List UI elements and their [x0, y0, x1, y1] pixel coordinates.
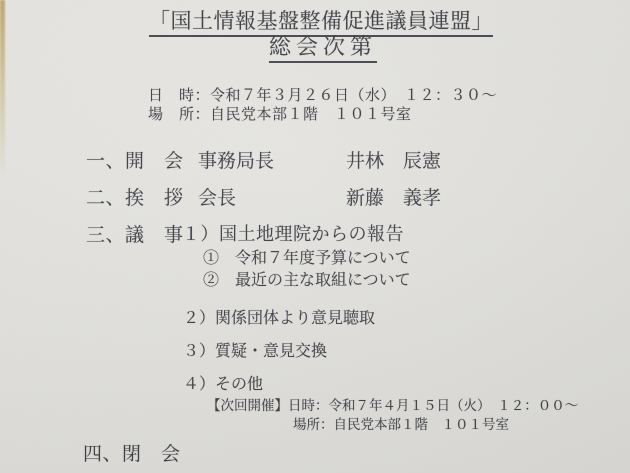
proceeding-item-3: ３）質疑・意見交換 [183, 343, 327, 359]
agenda-item-1-person: 井林 辰憲 [346, 152, 441, 171]
agenda-item-1-role: 事務局長 [198, 152, 274, 171]
proceeding-item-1-detail-1: ① 令和７年度予算について [203, 250, 411, 266]
agenda-item-2-role: 会長 [198, 189, 236, 208]
document-page: 「国土情報基盤整備促進議員連盟」 総会次第 日 時：令和７年３月２６日（水） １… [0, 0, 630, 473]
agenda-item-3-label: 三、議 事 [86, 226, 184, 245]
next-meeting-datetime: 【次回開催】日時：令和７年４月１５日（火） １２：００～ [207, 400, 578, 414]
meeting-location: 場 所：自民党本部１階 １０１号室 [148, 107, 412, 122]
agenda-item-4-label: 四、閉 会 [83, 445, 181, 464]
next-meeting-location: 場所：自民党本部１階 １０１号室 [293, 419, 509, 433]
meeting-datetime: 日 時：令和７年３月２６日（水） １２：３０～ [148, 88, 497, 103]
document-subtitle: 総会次第 [269, 37, 377, 63]
proceeding-item-1: １）国土地理院からの報告 [182, 226, 404, 244]
document-title: 「国土情報基盤整備促進議員連盟」 [149, 11, 493, 37]
proceeding-item-1-detail-2: ② 最近の主な取組について [203, 272, 411, 288]
agenda-item-2-person: 新藤 義孝 [346, 189, 441, 208]
agenda-item-2-label: 二、挨 拶 [86, 189, 184, 208]
proceeding-item-4: ４）その他 [183, 376, 263, 392]
paper-edge [0, 0, 5, 178]
agenda-item-1-label: 一、開 会 [86, 152, 184, 171]
proceeding-item-2: ２）関係団体より意見聴取 [183, 310, 375, 326]
